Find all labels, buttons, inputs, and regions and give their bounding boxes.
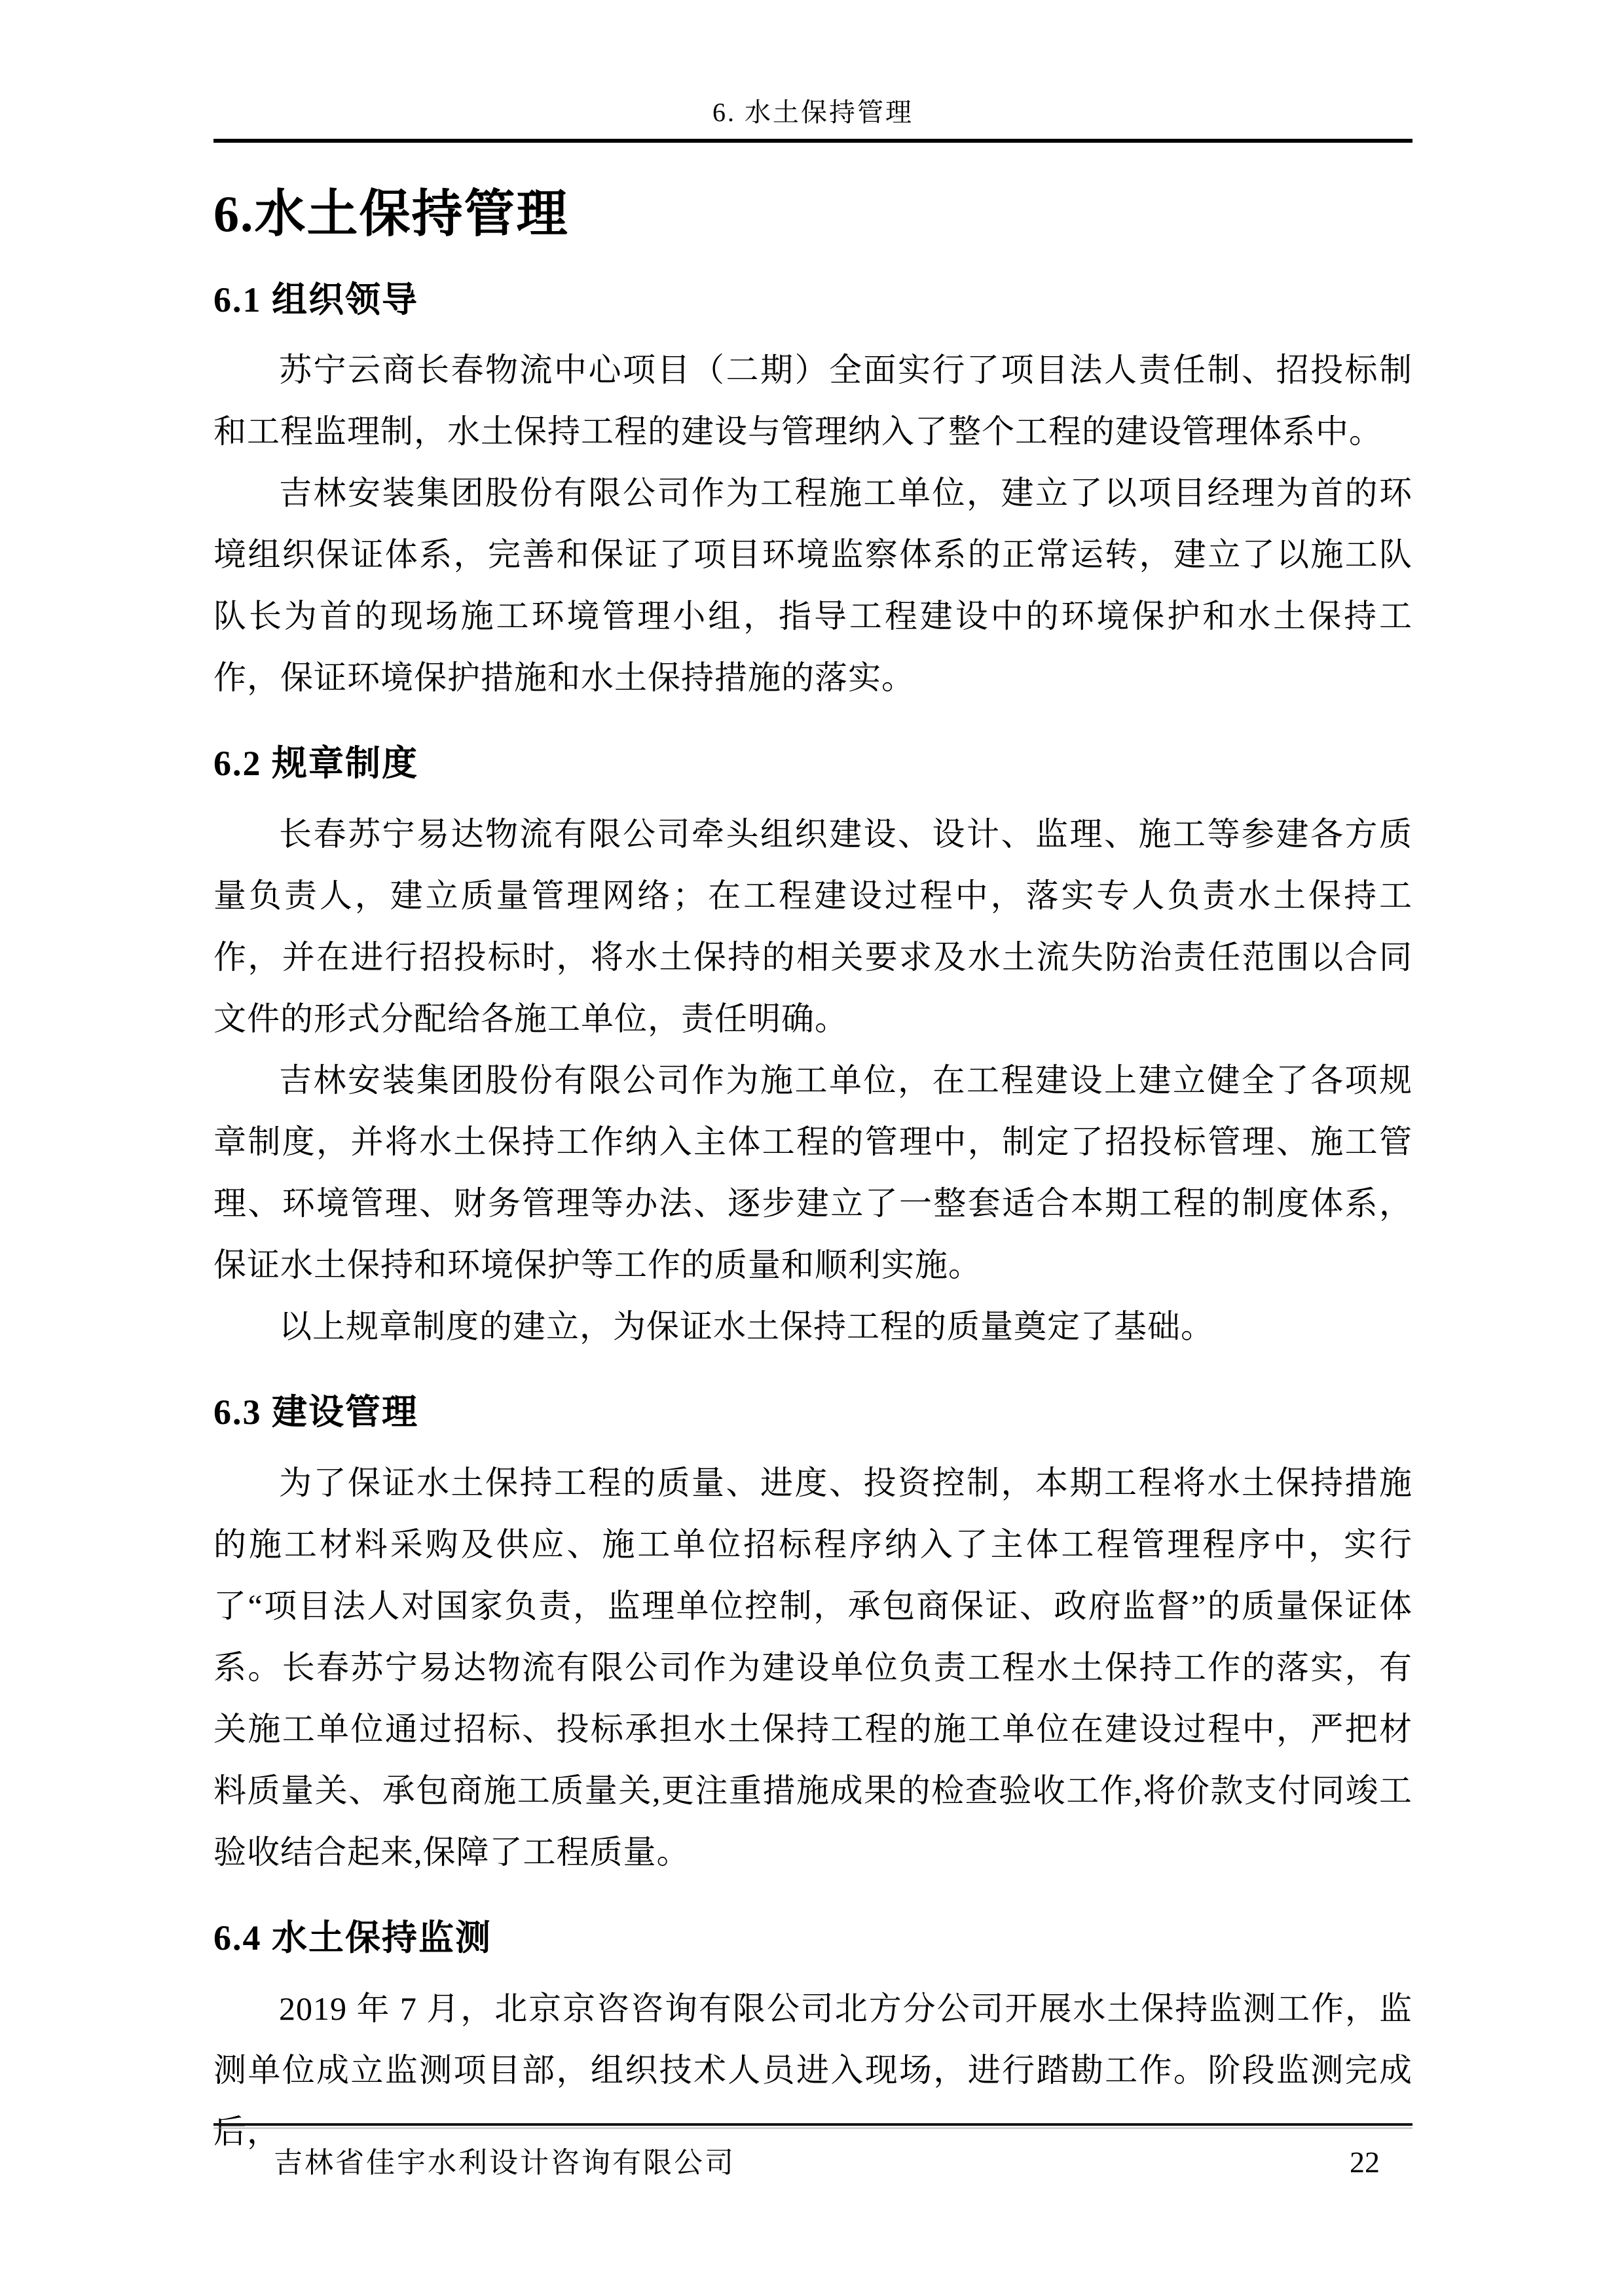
- chapter-title: 6.水土保持管理: [213, 183, 1412, 245]
- paragraph: 苏宁云商长春物流中心项目（二期）全面实行了项目法人责任制、招投标制和工程监理制，…: [213, 339, 1412, 462]
- section-6-1: 6.1 组织领导 苏宁云商长春物流中心项目（二期）全面实行了项目法人责任制、招投…: [213, 279, 1412, 709]
- page-footer: 吉林省佳宇水利设计咨询有限公司 22: [213, 2123, 1412, 2181]
- paragraph: 以上规章制度的建立，为保证水土保持工程的质量奠定了基础。: [213, 1296, 1412, 1357]
- running-header-title: 6. 水土保持管理: [213, 97, 1412, 128]
- document-page: 6. 水土保持管理 6.水土保持管理 6.1 组织领导 苏宁云商长春物流中心项目…: [0, 0, 1624, 2296]
- header-rule: [213, 139, 1412, 143]
- section-6-3: 6.3 建设管理 为了保证水土保持工程的质量、进度、投资控制，本期工程将水土保持…: [213, 1391, 1412, 1883]
- section-heading-6-1: 6.1 组织领导: [213, 279, 1412, 321]
- section-6-2: 6.2 规章制度 长春苏宁易达物流有限公司牵头组织建设、设计、监理、施工等参建各…: [213, 742, 1412, 1357]
- page-header: 6. 水土保持管理: [213, 97, 1412, 143]
- section-heading-6-3: 6.3 建设管理: [213, 1391, 1412, 1434]
- paragraph: 吉林安装集团股份有限公司作为工程施工单位，建立了以项目经理为首的环境组织保证体系…: [213, 462, 1412, 708]
- footer-company-name: 吉林省佳宇水利设计咨询有限公司: [274, 2139, 735, 2181]
- footer-row: 吉林省佳宇水利设计咨询有限公司 22: [213, 2128, 1412, 2181]
- paragraph: 长春苏宁易达物流有限公司牵头组织建设、设计、监理、施工等参建各方质量负责人，建立…: [213, 803, 1412, 1049]
- section-heading-6-2: 6.2 规章制度: [213, 742, 1412, 785]
- section-heading-6-4: 6.4 水土保持监测: [213, 1917, 1412, 1959]
- paragraph: 为了保证水土保持工程的质量、进度、投资控制，本期工程将水土保持措施的施工材料采购…: [213, 1452, 1412, 1883]
- page-number: 22: [1350, 2145, 1380, 2179]
- footer-rule: [213, 2123, 1412, 2128]
- paragraph: 吉林安装集团股份有限公司作为施工单位，在工程建设上建立健全了各项规章制度，并将水…: [213, 1049, 1412, 1296]
